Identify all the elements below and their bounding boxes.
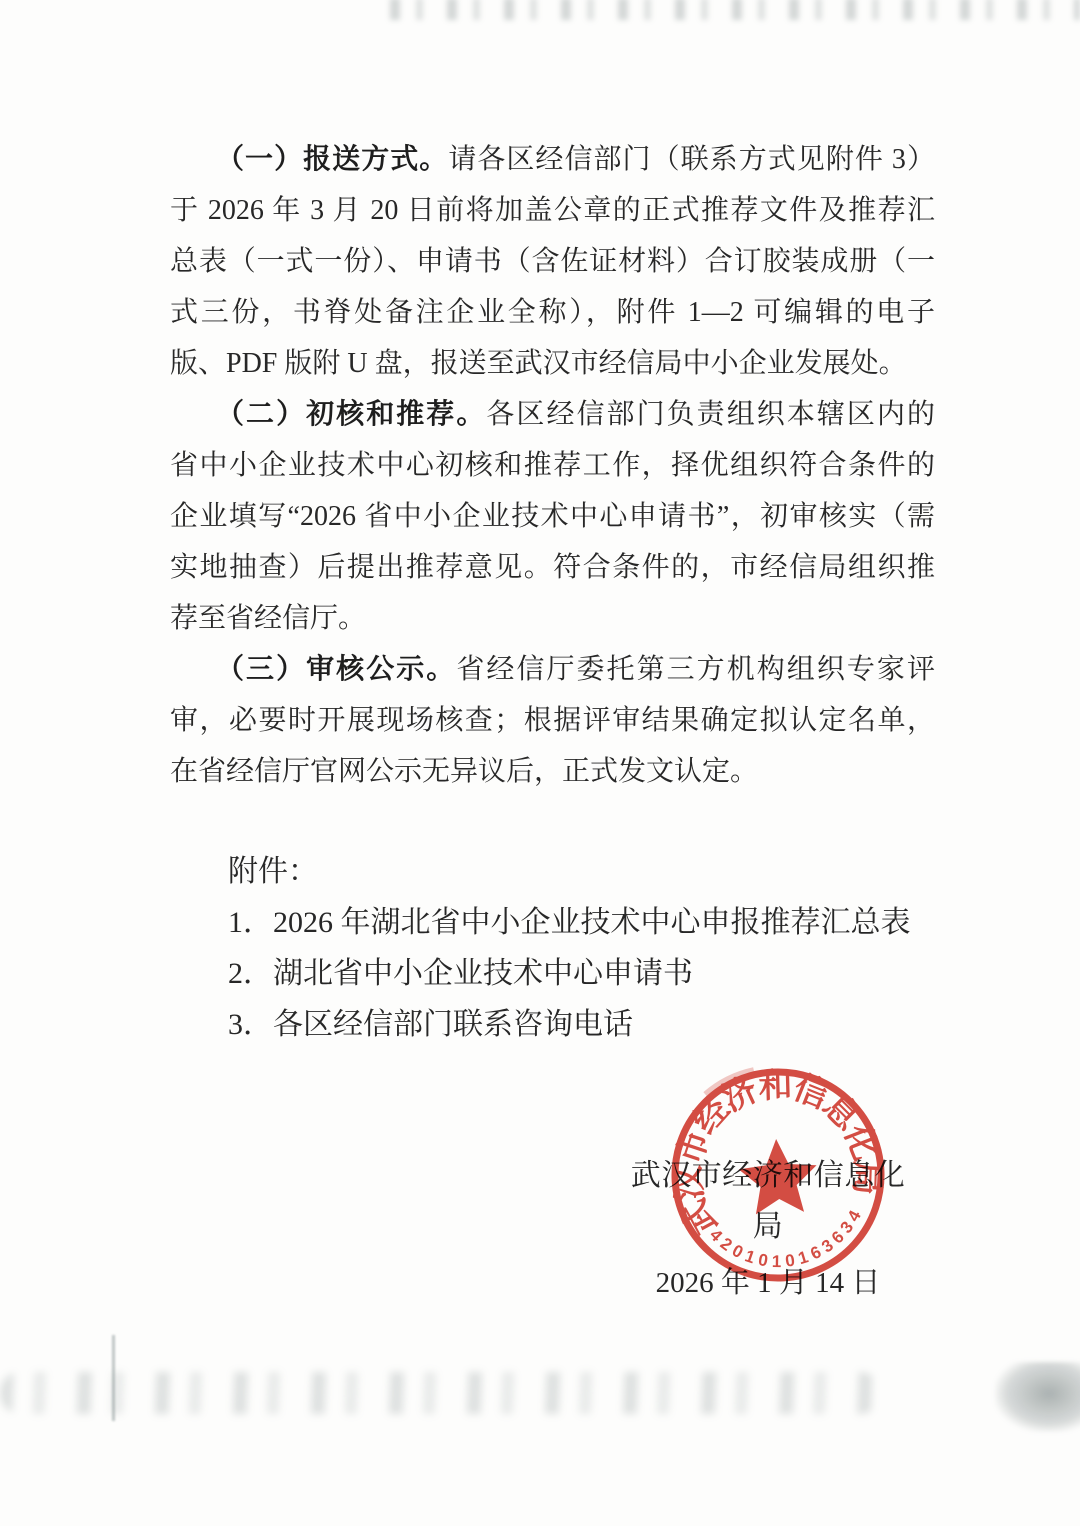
seal-star-icon: [737, 1137, 819, 1215]
paragraph-text: 省经信厅委托第三方机构组织专家评: [456, 654, 935, 685]
text-line: 实地抽查）后提出推荐意见。符合条件的，市经信局组织推: [170, 542, 935, 593]
bleedthrough-bottom-artifact: [0, 1372, 880, 1414]
document-page: （一）报送方式。请各区经信部门（联系方式见附件 3） 于 2026 年 3 月 …: [0, 0, 1080, 1526]
text-line: 企业填写“2026 省中小企业技术中心申请书”，初审核实（需: [170, 491, 935, 542]
text-line: 式三份，书脊处备注企业全称），附件 1—2 可编辑的电子: [170, 287, 935, 338]
text-line: 荐至省经信厅。: [170, 593, 935, 644]
text-line: 于 2026 年 3 月 20 日前将加盖公章的正式推荐文件及推荐汇: [170, 185, 935, 236]
paragraph-review-publicity: （三）审核公示。省经信厅委托第三方机构组织专家评 审，必要时开展现场核查；根据评…: [170, 644, 935, 797]
text-line: 版、PDF 版附 U 盘，报送至武汉市经信局中小企业发展处。: [170, 338, 935, 389]
text-line: （一）报送方式。请各区经信部门（联系方式见附件 3）: [170, 134, 935, 185]
paragraph-text: 各区经信部门负责组织本辖区内的: [486, 399, 935, 430]
attachments-section: 附件： 1．2026 年湖北省中小企业技术中心申报推荐汇总表 2．湖北省中小企业…: [170, 846, 935, 1050]
paragraph-initial-review: （二）初核和推荐。各区经信部门负责组织本辖区内的 省中小企业技术中心初核和推荐工…: [170, 389, 935, 644]
attachment-item-2: 2．湖北省中小企业技术中心申请书: [228, 948, 935, 999]
official-seal-stamp: 武汉市经济和信息化局 4201010163634: [638, 1035, 918, 1315]
text-line: 在省经信厅官网公示无异议后，正式发文认定。: [170, 746, 935, 797]
bleedthrough-line-artifact: [112, 1335, 115, 1421]
text-line: （三）审核公示。省经信厅委托第三方机构组织专家评: [170, 644, 935, 695]
text-line: （二）初核和推荐。各区经信部门负责组织本辖区内的: [170, 389, 935, 440]
bleedthrough-top-artifact: [390, 0, 1080, 20]
paragraph-submission-method: （一）报送方式。请各区经信部门（联系方式见附件 3） 于 2026 年 3 月 …: [170, 134, 935, 389]
attachments-label: 附件：: [228, 846, 935, 897]
attachment-item-1: 1．2026 年湖北省中小企业技术中心申报推荐汇总表: [228, 897, 935, 948]
text-line: 总表（一式一份）、申请书（含佐证材料）合订胶装成册（一: [170, 236, 935, 287]
bleedthrough-blob-artifact: [995, 1362, 1080, 1432]
paragraph-lead: （一）报送方式。: [216, 144, 448, 175]
text-line: 省中小企业技术中心初核和推荐工作，择优组织符合条件的: [170, 440, 935, 491]
paragraph-text: 请各区经信部门（联系方式见附件 3）: [448, 144, 935, 175]
paragraph-lead: （三）审核公示。: [216, 654, 456, 685]
text-line: 审，必要时开展现场核查；根据评审结果确定拟认定名单，: [170, 695, 935, 746]
paragraph-lead: （二）初核和推荐。: [216, 399, 486, 430]
